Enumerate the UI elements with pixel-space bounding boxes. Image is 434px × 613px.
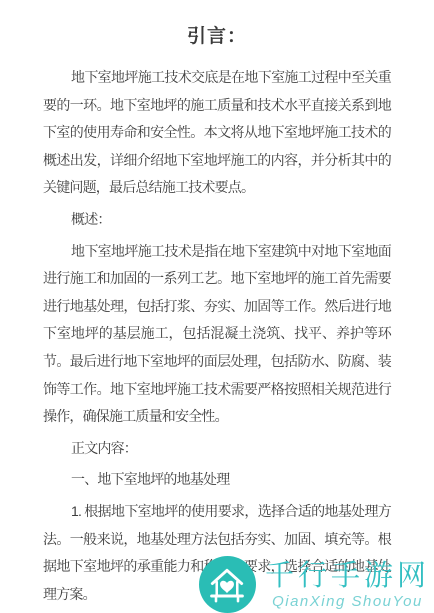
watermark-site-pinyin: QianXing ShouYou xyxy=(272,593,423,611)
section-heading-main-content: 正文内容： xyxy=(43,435,391,463)
watermark-text: 千行手游网 QianXing ShouYou xyxy=(265,559,430,611)
watermark-site-name: 千行手游网 xyxy=(265,559,430,593)
doc-paragraph-overview: 地下室地坪施工技术是指在地下室建筑中对地下室地面进行施工和加固的一系列工艺。地下… xyxy=(43,238,391,431)
doc-paragraph-intro: 地下室地坪施工技术交底是在地下室施工过程中至关重要的一环。地下室地坪的施工质量和… xyxy=(43,64,391,202)
section-heading-foundation: 一、地下室地坪的地基处理 xyxy=(43,466,391,494)
site-watermark: 千行手游网 QianXing ShouYou xyxy=(199,556,430,613)
section-heading-overview: 概述： xyxy=(43,206,391,234)
house-heart-icon xyxy=(199,556,256,613)
document-page: 引言： 地下室地坪施工技术交底是在地下室施工过程中至关重要的一环。地下室地坪的施… xyxy=(0,0,434,608)
page-title: 引言： xyxy=(43,22,391,52)
